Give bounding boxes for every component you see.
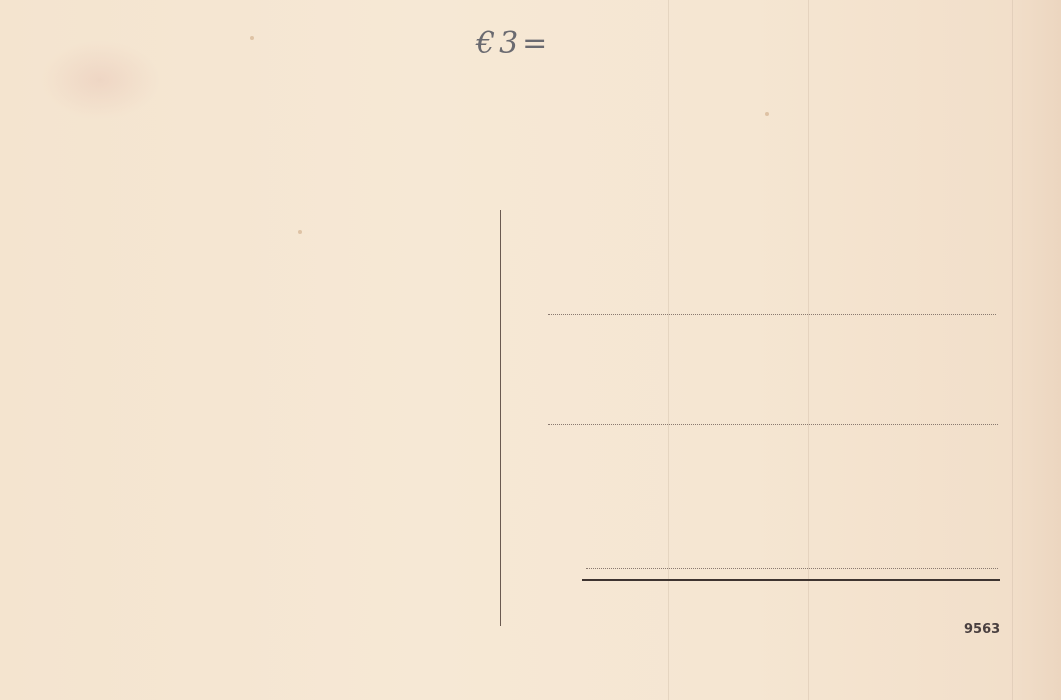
paper-speck xyxy=(765,112,769,116)
postcard-back: €3= 9563 xyxy=(0,0,1061,700)
print-number: 9563 xyxy=(964,622,1000,637)
address-line-2 xyxy=(548,424,998,425)
address-underline xyxy=(582,579,1000,581)
paper-stain xyxy=(40,40,160,120)
address-line-3 xyxy=(586,568,998,569)
paper-speck xyxy=(298,230,302,234)
handwritten-price: €3= xyxy=(476,26,551,61)
center-divider-line xyxy=(500,210,501,626)
fold-line xyxy=(1012,0,1013,700)
fold-line xyxy=(808,0,809,700)
address-line-1 xyxy=(548,314,996,315)
paper-speck xyxy=(250,36,254,40)
fold-line xyxy=(668,0,669,700)
